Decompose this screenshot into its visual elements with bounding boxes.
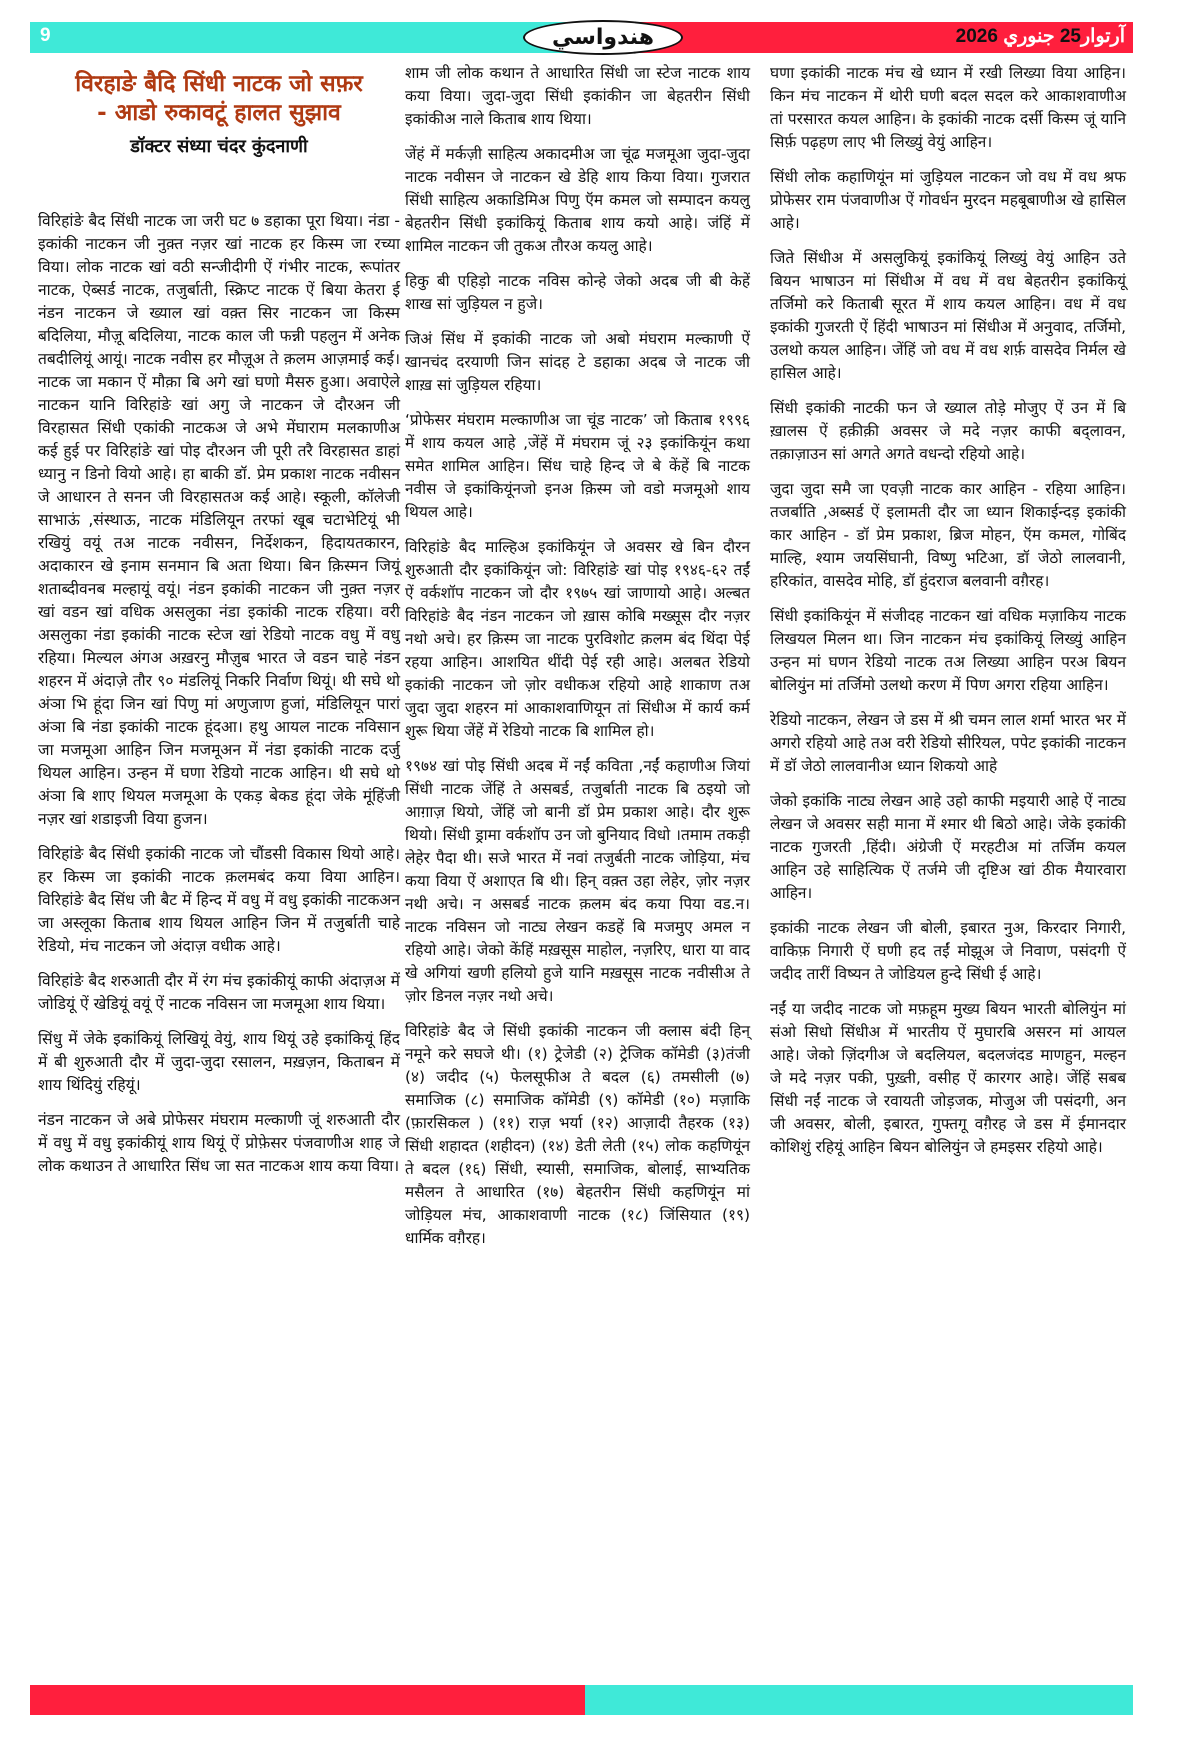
paragraph: जेको इकांकि नाट्य लेखन आहे उहो काफी मइया…: [770, 790, 1126, 905]
article-title: विरहाङे बैदि सिंधी नाटक जो सफ़र - आडो रु…: [38, 70, 400, 128]
date-month: جنوري: [1003, 26, 1054, 47]
footer-cyan-section: [585, 1685, 1133, 1715]
article-author: डॉक्टर संध्या चंदर कुंदनाणी: [38, 134, 400, 158]
paragraph: जिअं सिंध में इकांकी नाटक जो अबो मंघराम …: [405, 328, 750, 397]
paragraph: नईं या जदीद नाटक जो मफ़हूम मुख्य बियन भा…: [770, 998, 1126, 1159]
article-title-line-1: विरहाङे बैदि सिंधी नाटक जो सफ़र: [38, 70, 400, 99]
date-year: 2026: [956, 26, 998, 47]
paragraph: विरिहांङे बैद सिंधी इकांकी नाटक जो चौंडस…: [38, 843, 400, 958]
title-spacer: [38, 158, 400, 210]
paragraph: हिकु बी एहिड़ो नाटक नविस कोन्हे जेको अदब…: [405, 270, 750, 316]
paragraph: इकांकी नाटक लेखन जी बोली, इबारत नुअ, किर…: [770, 917, 1126, 986]
paragraph: विरिहांङे बैद जे सिंधी इकांकी नाटकन जी क…: [405, 1020, 750, 1250]
paragraph: सिंधु में जेके इकांकियूं लिखियूं वेयुं, …: [38, 1028, 400, 1097]
footer-bar: [30, 1685, 1133, 1715]
paragraph: विरिहांङे बैद सिंधी नाटक जा जरी घट ७ डहा…: [38, 210, 400, 831]
paragraph: १९७४ खां पोइ सिंधी अदब में नईं कविता ,नई…: [405, 755, 750, 1008]
newspaper-logo: هندواسي: [523, 20, 683, 55]
column-right: घणा इकांकी नाटक मंच खे ध्यान में रखी लिख…: [770, 62, 1126, 1171]
page-number: 9: [40, 25, 51, 47]
paragraph: सिंधी इकांकी नाटकी फन जे ख्याल तोड़े मोज…: [770, 397, 1126, 466]
masthead-cyan-section: 9: [30, 22, 580, 53]
paragraph: सिंधी इकांकियूंन में संजीदह नाटकन खां वध…: [770, 605, 1126, 697]
paragraph: जिते सिंधीअ में असलुकियूं इकांकियूं लिख्…: [770, 247, 1126, 385]
paragraph: नंडन नाटकन जे अबे प्रोफेसर मंघराम मल्काण…: [38, 1109, 400, 1178]
issue-date: آرتوار25 جنوري 2026: [956, 25, 1125, 48]
date-weekday: آرتوار: [1081, 26, 1125, 47]
paragraph: विरिहांङे बैद माल्हिअ इकांकियूंन जे अवसर…: [405, 536, 750, 743]
column-middle: शाम जी लोक कथान ते आधारित सिंधी जा स्टेज…: [405, 62, 750, 1262]
paragraph: शाम जी लोक कथान ते आधारित सिंधी जा स्टेज…: [405, 62, 750, 131]
paragraph: विरिहांङे बैद शरुआती दौर में रंग मंच इका…: [38, 970, 400, 1016]
paragraph: जुदा जुदा समै जा एवज़ी नाटक कार आहिन - र…: [770, 478, 1126, 593]
article-title-line-2: - आडो रुकावटूं हालत सुझाव: [38, 99, 400, 128]
column-left: विरहाङे बैदि सिंधी नाटक जो सफ़र - आडो रु…: [38, 62, 400, 1190]
paragraph: घणा इकांकी नाटक मंच खे ध्यान में रखी लिख…: [770, 62, 1126, 154]
footer-red-section: [30, 1685, 585, 1715]
paragraph: सिंधी लोक कहाणियूंन मां जुड़ियल नाटकन जो…: [770, 166, 1126, 235]
paragraph: जेंहं में मर्कज़ी साहित्य अकादमीअ जा चूं…: [405, 143, 750, 258]
masthead-bar: 9 آرتوار25 جنوري 2026 هندواسي: [30, 22, 1133, 53]
date-day: 25: [1060, 26, 1081, 47]
paragraph: ‘प्रोफेसर मंघराम मल्काणीअ जा चूंड नाटक’ …: [405, 409, 750, 524]
paragraph: रेडियो नाटकन, लेखन जे डस में श्री चमन ला…: [770, 709, 1126, 778]
